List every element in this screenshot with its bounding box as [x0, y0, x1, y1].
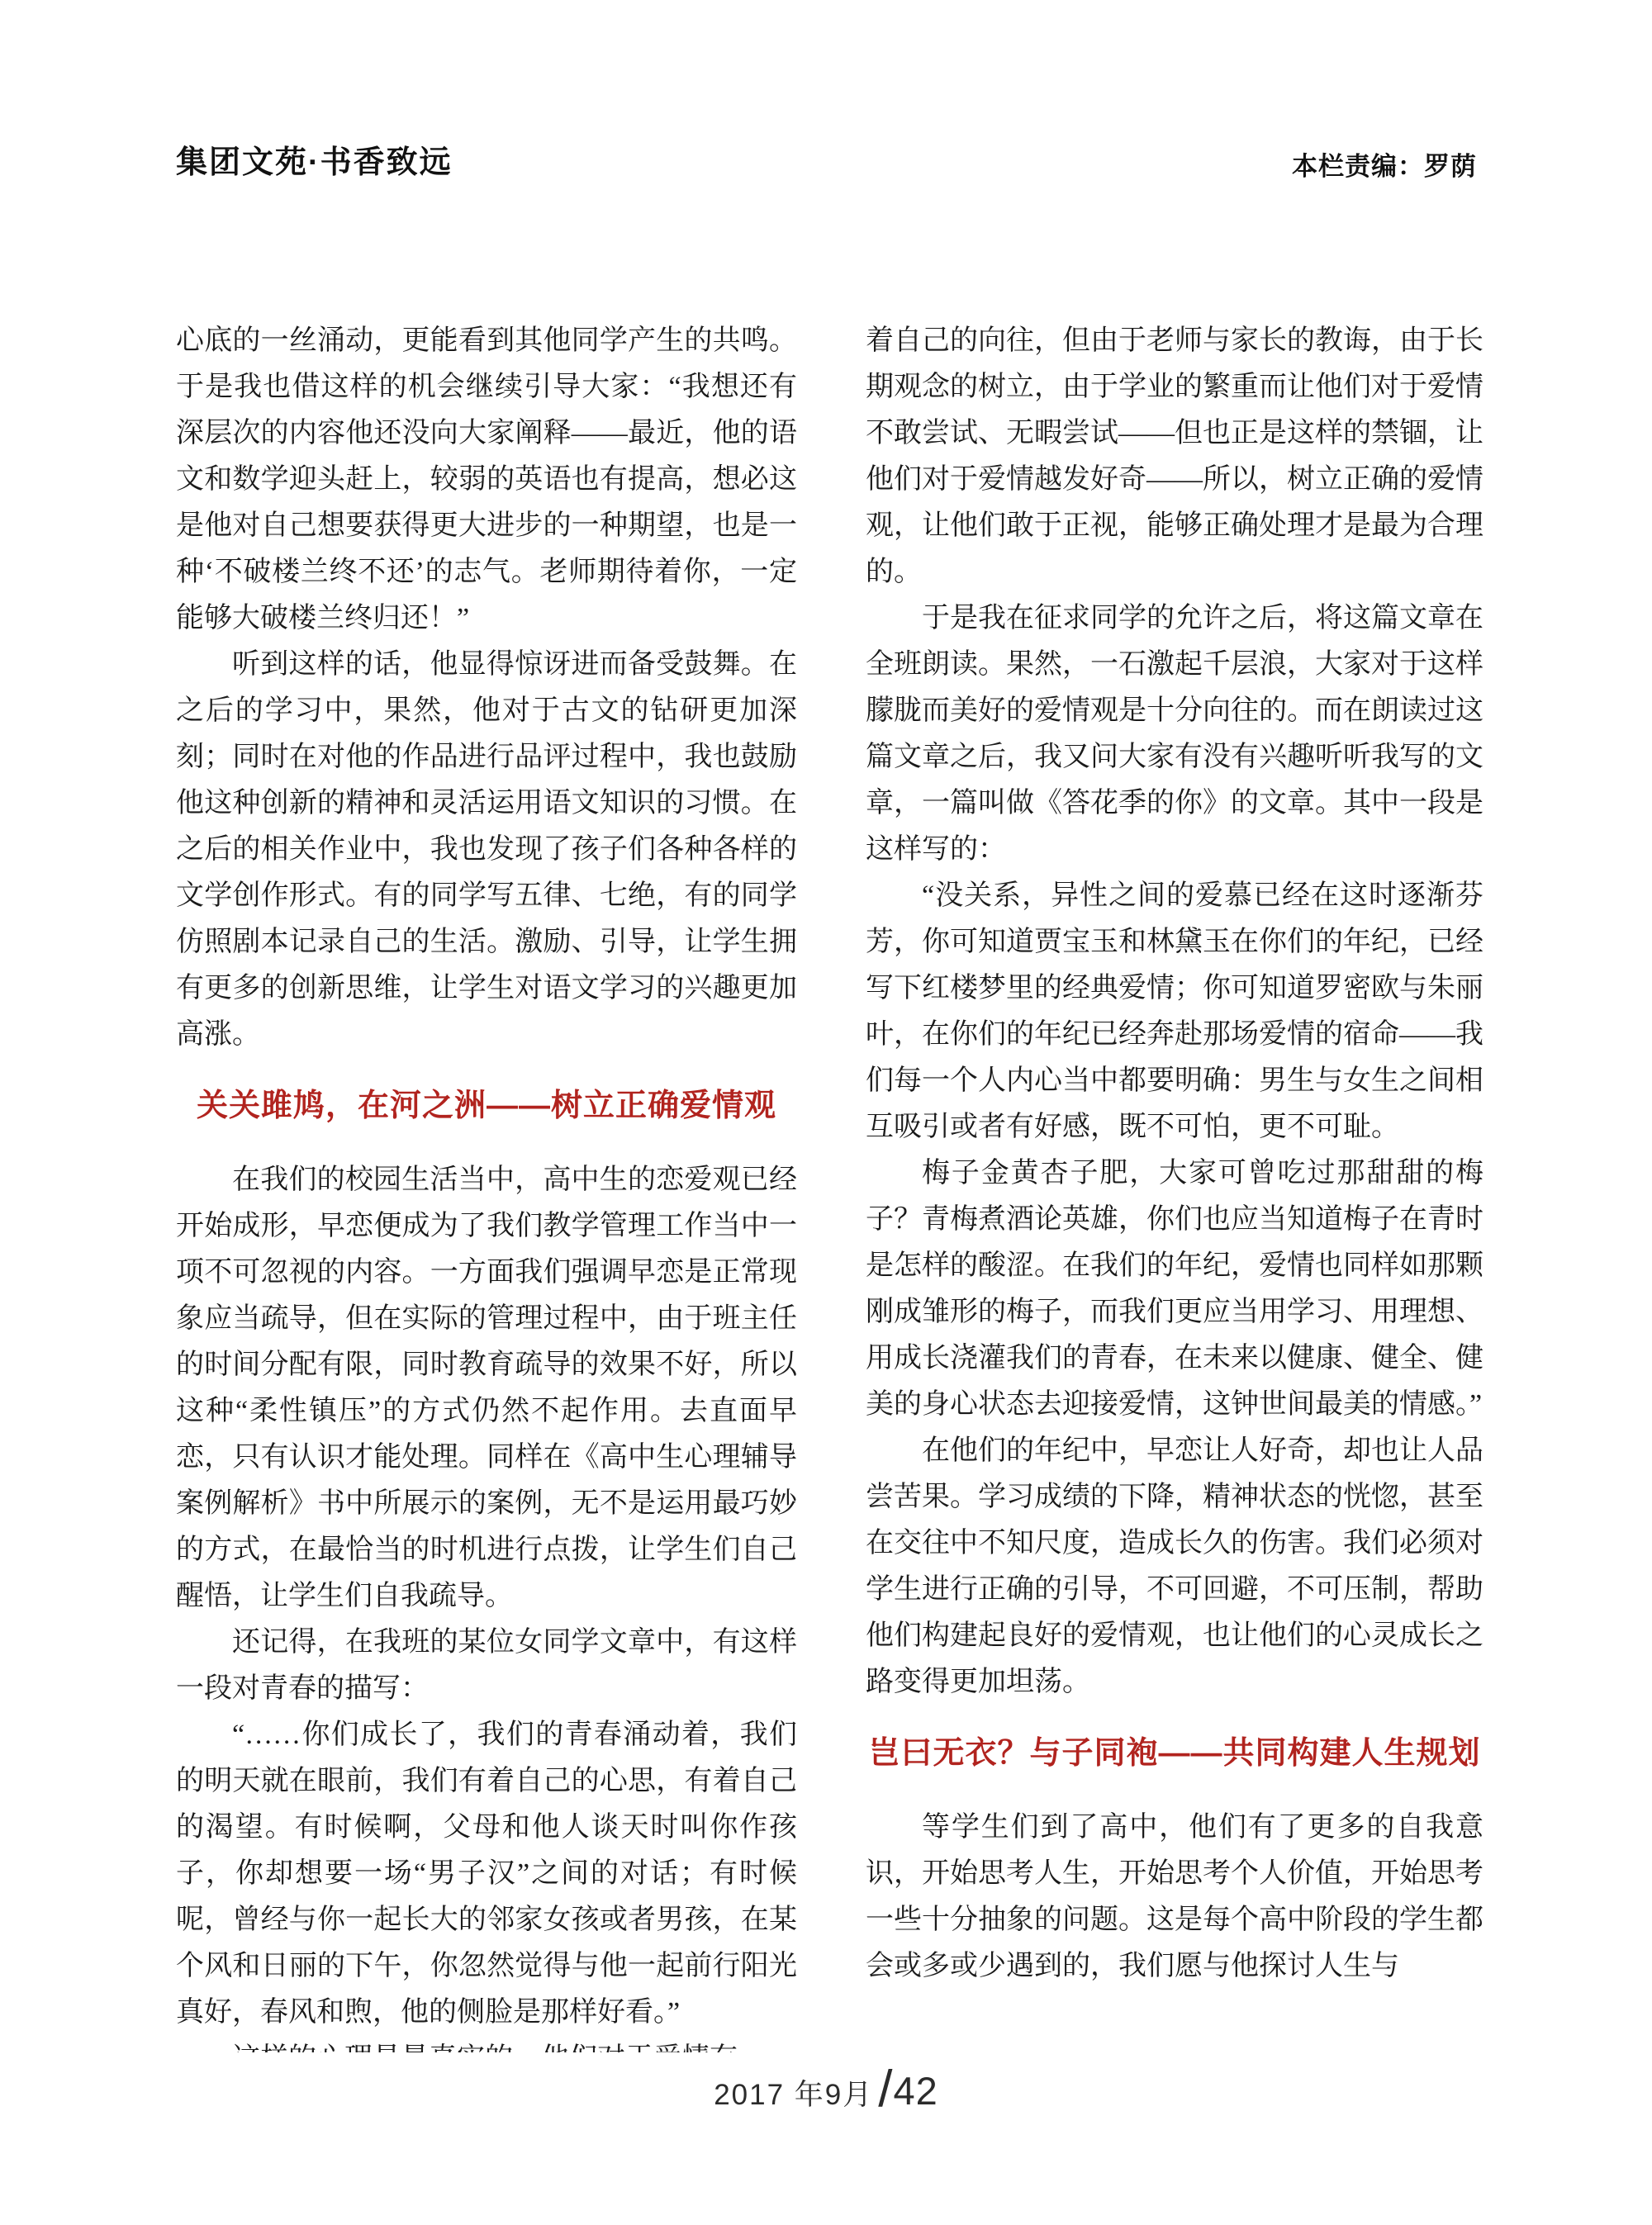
footer-slash: /: [878, 2060, 892, 2118]
page-footer: 2017 年9月 / 42: [0, 2058, 1652, 2117]
footer-page-number: 42: [894, 2068, 938, 2114]
paragraph: “……你们成长了，我们的青春涌动着，我们的明天就在眼前，我们有着自己的心思，有着…: [176, 1712, 797, 2036]
paragraph: 着自己的向往，但由于老师与家长的教诲，由于长期观念的树立，由于学业的繁重而让他们…: [866, 318, 1483, 595]
paragraph: 还记得，在我班的某位女同学文章中，有这样一段对青春的描写：: [176, 1620, 797, 1712]
right-text-column: 着自己的向往，但由于老师与家长的教诲，由于长期观念的树立，由于学业的繁重而让他们…: [866, 318, 1483, 2052]
section-heading-love-outlook: 关关雎鸠，在河之洲——树立正确爱情观: [176, 1083, 797, 1129]
paragraph: 梅子金黄杏子肥，大家可曾吃过那甜甜的梅子？青梅煮酒论英雄，你们也应当知道梅子在青…: [866, 1150, 1483, 1428]
paragraph: 心底的一丝涌动，更能看到其他同学产生的共鸣。于是我也借这样的机会继续引导大家：“…: [176, 318, 797, 642]
paragraph: 听到这样的话，他显得惊讶进而备受鼓舞。在之后的学习中，果然，他对于古文的钻研更加…: [176, 642, 797, 1058]
footer-date: 2017 年9月: [714, 2072, 873, 2114]
paragraph: “没关系，异性之间的爱慕已经在这时逐渐芬芳，你可知道贾宝玉和林黛玉在你们的年纪，…: [866, 873, 1483, 1150]
header-section-title: 集团文苑·书香致远: [176, 136, 453, 182]
paragraph: 在他们的年纪中，早恋让人好奇，却也让人品尝苦果。学习成绩的下降，精神状态的恍惚，…: [866, 1428, 1483, 1706]
paragraph: 等学生们到了高中，他们有了更多的自我意识，开始思考人生，开始思考个人价值，开始思…: [866, 1805, 1483, 1990]
paragraph: 在我们的校园生活当中，高中生的恋爱观已经开始成形，早恋便成为了我们教学管理工作当…: [176, 1157, 797, 1620]
paragraph: 于是我在征求同学的允许之后，将这篇文章在全班朗读。果然，一石激起千层浪，大家对于…: [866, 595, 1483, 873]
section-heading-life-planning: 岂曰无衣？与子同袍——共同构建人生规划: [866, 1730, 1483, 1777]
magazine-page: 集团文苑·书香致远 本栏责编：罗荫 心底的一丝涌动，更能看到其他同学产生的共鸣。…: [0, 0, 1652, 2225]
paragraph: 这样的心理是最真实的，他们对于爱情有: [176, 2036, 797, 2052]
header-editor-credit: 本栏责编：罗荫: [1292, 145, 1477, 183]
left-text-column: 心底的一丝涌动，更能看到其他同学产生的共鸣。于是我也借这样的机会继续引导大家：“…: [176, 318, 797, 2052]
